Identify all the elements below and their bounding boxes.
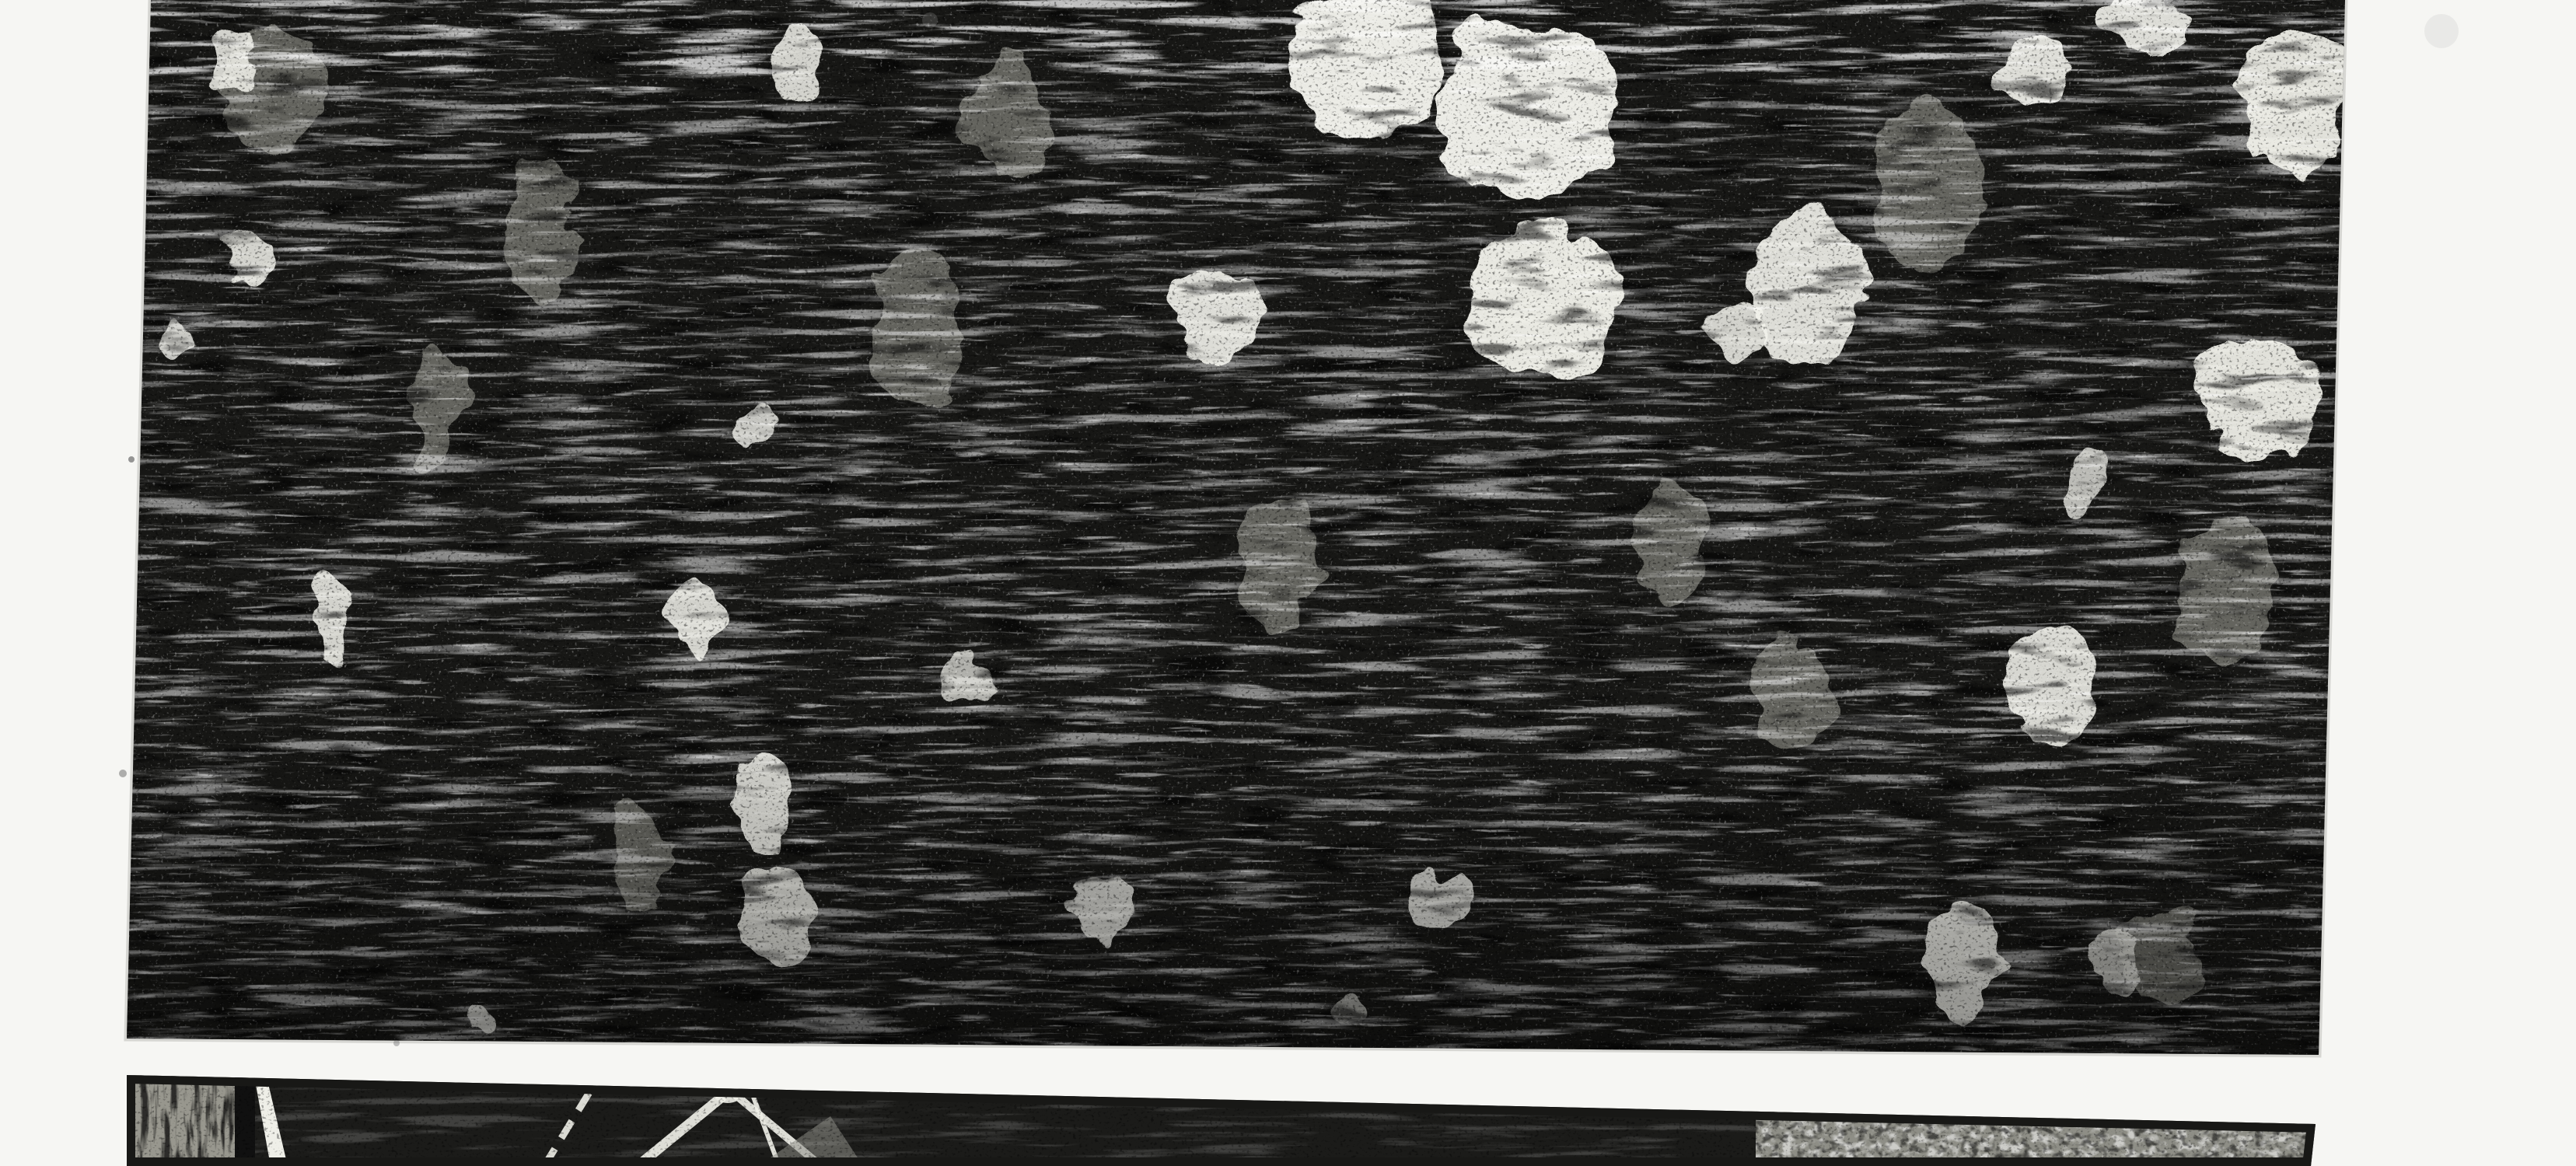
- scan-speck: [922, 12, 938, 28]
- scan-speck: [2424, 14, 2459, 48]
- scan-speck: [128, 456, 135, 463]
- halftone-photo-scan: [0, 0, 2576, 1166]
- bottom-vignette: [0, 0, 2576, 1166]
- scanned-page: [0, 0, 2576, 1166]
- scan-speck: [119, 770, 127, 777]
- photo-panel-tree-canopy: [0, 0, 2576, 1166]
- scan-speck: [393, 1040, 400, 1046]
